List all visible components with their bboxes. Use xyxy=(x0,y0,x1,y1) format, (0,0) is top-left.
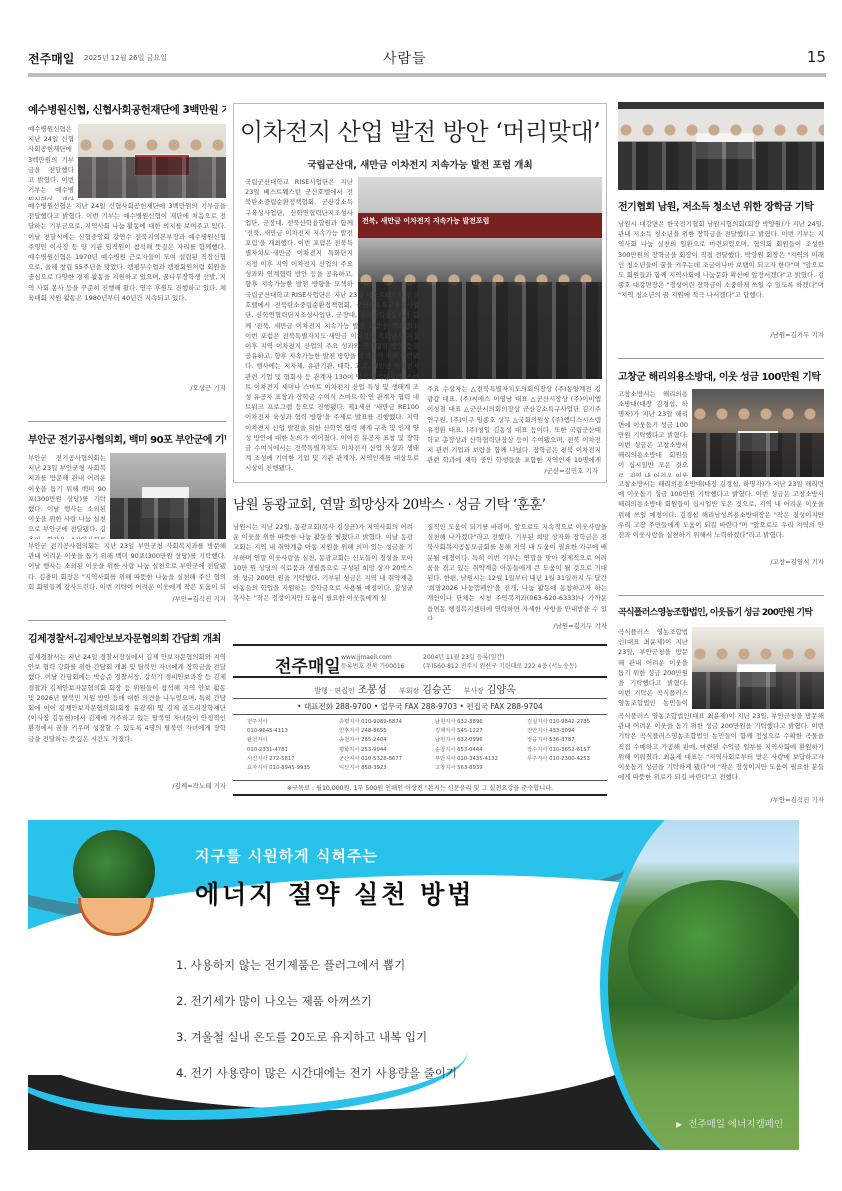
article-photo xyxy=(78,124,226,198)
article-body: 김제경찰서는 지난 24일 경찰서장실에서 김제 안보자문협의회와 지역 안보 … xyxy=(28,652,226,795)
registration-number: 등록번호 전북 가00016 xyxy=(341,662,404,671)
article-byline: /고창=김영식 기자 xyxy=(770,557,824,566)
branch-entry: 010-2331-4781 xyxy=(247,746,339,755)
tree-image xyxy=(600,820,799,1150)
article-photo xyxy=(692,627,824,709)
energy-tip: 2. 전기세가 많이 나오는 제품 아껴쓰기 xyxy=(176,983,457,1019)
article-body: 곡식플러스 영농조합법인(대표 최윤제)이 지난 23일, 부안군청을 방문해 … xyxy=(618,627,688,709)
header-rule xyxy=(28,73,826,77)
divider xyxy=(618,595,824,596)
photo-banner-text: 전북, 새만금 이차전지 지속가능 발전포럼 xyxy=(358,213,602,237)
publisher-logo: 전주매일 xyxy=(275,652,341,677)
divider xyxy=(233,676,607,678)
article-body-continued: 예수병원신협은 지난 24일 신협사회공헌재단에 3백만원의 기부금을 전달했다… xyxy=(28,201,226,384)
article-gochang: 고창군 해리의용소방대, 이웃 성금 100만원 기탁 고창소방서는 해리의용소… xyxy=(618,368,824,578)
article-headline: 곡식플러스영농조합법인, 이웃돕기 성금 200만원 기탁 xyxy=(618,605,824,618)
energy-campaign-ad: 지구를 시원하게 식혀주는 에너지 절약 실천 방법 1. 사용하지 않는 전기… xyxy=(28,820,799,1150)
article-photo xyxy=(618,102,824,190)
article-namwon-church: 남원 동광교회, 연말 희망상자 20박스 · 성금 기탁 ‘훈훈’ 남원시는 … xyxy=(233,493,607,633)
article-photo xyxy=(110,453,226,539)
branch-entry: 부안지사 010-3435-4132 xyxy=(435,755,527,764)
divider xyxy=(28,620,226,621)
article-body: 남원시 대강면은 한국전기협회 남원시협의회(회장 박양원)가 지난 24일, … xyxy=(618,219,824,331)
branch-entry: 남원지사 632-3896 xyxy=(435,718,527,727)
officers-line: 발행 · 편집인조봉성 부회장김승곤 부사장김양옥 xyxy=(233,681,607,696)
contact-phones: • 대표전화 288-9700 • 업무국 FAX 288-9703 • 편집국… xyxy=(233,701,607,712)
play-triangle-icon: ▶ xyxy=(676,1120,682,1129)
article-byline: /부안=김석진 기자 xyxy=(770,795,824,804)
branch-entry: 익산지사 858-3923 xyxy=(339,764,435,773)
feature-subheadline: 국립군산대, 새만금 이차전지 지속가능 발전 포럼 개최 xyxy=(234,157,606,171)
divider xyxy=(233,780,607,781)
divider xyxy=(618,358,824,359)
branch-entry: 전주지사 xyxy=(247,718,339,727)
feature-headline: 이차전지 산업 발전 방안 ‘머리맞대’ xyxy=(234,112,606,147)
branch-entry: 증평지사 010-9089-6874 xyxy=(339,718,435,727)
branch-entry: 송천지사 265-2404 xyxy=(339,736,435,745)
article-body: 고창소방서는 해리의용소방대(대장 김경섭, 하명자)가 지난 23일 해리면에… xyxy=(618,389,688,477)
divider xyxy=(28,421,226,422)
article-headline: 예수병원신협, 신협사회공헌재단에 3백만원 기부 xyxy=(28,102,226,117)
divider xyxy=(233,714,607,715)
branch-entry: 남원지사 632-0996 xyxy=(435,736,527,745)
branch-entry: 완천지사 xyxy=(247,736,339,745)
branch-entry: 무주지사 010-2300-4253 xyxy=(527,755,607,764)
energy-tip: 1. 사용하지 않는 전기제품은 플러그에서 뽑기 xyxy=(176,947,457,983)
subscription-notice: ※구독료 : 월10,000원, 1부 500원 인쇄인 이상진 "본지는 신문… xyxy=(233,783,607,792)
feature-body-lead: 국립군산대학교 RISE사업단은 지난 23일 베스트웨스턴 군산호텔에서 전북… xyxy=(245,177,353,289)
energy-tip: 4. 전기 사용량이 많은 시간대에는 전기 사용량을 줄이기 xyxy=(176,1055,457,1091)
article-byline: /남원=김기두 기자 xyxy=(770,330,824,339)
issue-date: 2025년 12월 26일 금요일 xyxy=(84,53,167,63)
article-headline: 부안군 전기공사협의회, 백미 90포 부안군에 기탁 xyxy=(28,431,226,446)
feature-body-col1: 국립군산대학교 RISE사업단은 지난 23일 베스트웨스턴 군산호텔에서 전북… xyxy=(245,290,419,478)
article-byline: /김제=곽노태 기자 xyxy=(168,781,226,790)
article-buan: 부안군 전기공사협의회, 백미 90포 부안군에 기탁 부안군 전기공사협의회는… xyxy=(28,431,226,611)
section-title: 사람들 xyxy=(383,48,427,68)
divider xyxy=(233,644,607,646)
publisher-info-box: 전주매일 www.jjmaeil.com 등록번호 전북 가00016 2004… xyxy=(233,644,607,804)
officer-role: 발행 · 편집인 xyxy=(314,687,355,695)
publisher-address: 2004년 11월 23일 등록(일간) (우)560-812 전주시 완산구 … xyxy=(423,653,577,671)
article-byline: /오상근 기자 xyxy=(190,383,226,392)
ad-credit-text: 전주매일 에너지캠페인 xyxy=(688,1119,783,1130)
branch-entry: 김실지사 010-9842-2785 xyxy=(527,718,607,727)
article-byline: /남원=김기두 기자 xyxy=(553,621,607,630)
article-body: 부안군 전기공사협의회는 지난 23일 부안군청 사회복지과를 방문해 관내 어… xyxy=(28,453,106,539)
divider xyxy=(233,794,607,796)
article-body-continued: 고창소방서는 해리의용소방대(대장 김경섭, 하명자)가 지난 23일 해리면에… xyxy=(618,479,824,557)
article-body-continued: 부안군 전기공사협의회는 지난 23일 부안군청 사회복지과를 방문해 관내 어… xyxy=(28,541,226,591)
article-body-continued: 곡식플러스 영농조합법인(대표 최윤제)이 지난 23일, 부안군청을 방문해 … xyxy=(618,711,824,795)
feature-article: 이차전지 산업 발전 방안 ‘머리맞대’ 국립군산대, 새만금 이차전지 지속가… xyxy=(233,103,607,483)
founded-date: 2004년 11월 23일 등록(일간) xyxy=(423,653,577,662)
address: (우)560-812 전주시 완산구 기린대로 222 4층 (서노송동) xyxy=(423,662,577,671)
branch-entry: 김제지사 545-1227 xyxy=(435,727,527,736)
page-number: 15 xyxy=(807,48,826,66)
article-headline: 남원 동광교회, 연말 희망상자 20박스 · 성금 기탁 ‘훈훈’ xyxy=(233,493,607,513)
ad-credit: ▶전주매일 에너지캠페인 xyxy=(676,1116,783,1130)
article-yesu: 예수병원신협, 신협사회공헌재단에 3백만원 기부 예수병원신협은 지난 24일… xyxy=(28,102,226,402)
page-header: 전주매일 2025년 12월 26일 금요일 사람들 15 xyxy=(28,48,826,70)
branch-entry xyxy=(527,764,607,773)
branch-entry: 정읍지사 536-3787 xyxy=(527,736,607,745)
paper-name: 전주매일 xyxy=(28,50,74,67)
website-link[interactable]: www.jjmaeil.com xyxy=(341,653,404,662)
article-body-col1: 남원시는 지난 22일, 동광교회(목사 김성균)가 지역사회의 어려운 이웃을… xyxy=(233,522,413,630)
feature-byline: /군산=김민호 기자 xyxy=(544,466,598,475)
article-photo xyxy=(692,389,824,477)
publisher-web: www.jjmaeil.com 등록번호 전북 가00016 xyxy=(341,653,404,671)
branch-entry: 평화지사 253-9944 xyxy=(339,746,435,755)
officer-role: 부사장 xyxy=(463,687,483,695)
officer-name: 조봉성 xyxy=(358,685,387,696)
branch-entry: 군산지사 010-5328-8677 xyxy=(339,755,435,764)
branch-entry: 효자지사 010-8945-9935 xyxy=(247,764,339,773)
ad-title: 에너지 절약 실천 방법 xyxy=(195,875,474,911)
article-gimje: 김제경찰서-김제안보보자문협의회 간담회 개최 김제경찰서는 지난 24일 경찰… xyxy=(28,630,226,800)
branch-entry: 고창지사 563-8939 xyxy=(435,764,527,773)
article-body: 예수병원신협은 지난 24일 신협사회공헌재단에 3백만원의 기부금을 전달했다… xyxy=(28,124,74,200)
energy-tip: 3. 겨울철 실내 온도를 20도로 유지하고 내복 입기 xyxy=(176,1019,457,1055)
article-electrical-namwon: 전기협회 남원, 저소득 청소년 위한 장학금 기탁 남원시 대강면은 한국전기… xyxy=(618,102,824,342)
branch-entry: 010-9645-4113 xyxy=(247,727,339,736)
article-headline: 고창군 해리의용소방대, 이웃 성금 100만원 기탁 xyxy=(618,368,824,383)
divider xyxy=(233,698,607,699)
feature-body-col2: 주요 수상자는 △전북특별자치도의회의장상 (주)동양계전 김광갑 대표, (주… xyxy=(427,384,601,464)
officer-name: 김승곤 xyxy=(422,685,451,696)
energy-tips-list: 1. 사용하지 않는 전기제품은 플러그에서 뽑기 2. 전기세가 많이 나오는… xyxy=(176,947,457,1091)
article-headline: 전기협회 남원, 저소득 청소년 위한 장학금 기탁 xyxy=(618,198,824,213)
branch-entry: 인후지사 248-8655 xyxy=(339,727,435,736)
branch-entry: 순창지사 653-0444 xyxy=(435,746,527,755)
branch-entry: 장수지사 010-3652-6157 xyxy=(527,746,607,755)
branch-entry: 진안지사 433-3094 xyxy=(527,727,607,736)
branch-directory: 전주지사 증평지사 010-9089-6874 남원지사 632-3896 김실… xyxy=(247,718,597,773)
ad-subtitle: 지구를 시원하게 식혀주는 xyxy=(195,845,378,866)
article-gwaksik: 곡식플러스영농조합법인, 이웃돕기 성금 200만원 기탁 곡식플러스 영농조합… xyxy=(618,605,824,805)
article-byline: /부안=김석진 기자 xyxy=(172,594,226,603)
article-headline: 김제경찰서-김제안보보자문협의회 간담회 개최 xyxy=(28,630,226,645)
officer-name: 김양옥 xyxy=(487,685,516,696)
article-body-col2: 질적인 도움이 되기를 바라며, 앞으로도 지속적으로 이웃사랑을 실천해 나가… xyxy=(427,522,607,620)
officer-role: 부회장 xyxy=(399,687,419,695)
branch-entry: 서신지사 272-5817 xyxy=(247,755,339,764)
